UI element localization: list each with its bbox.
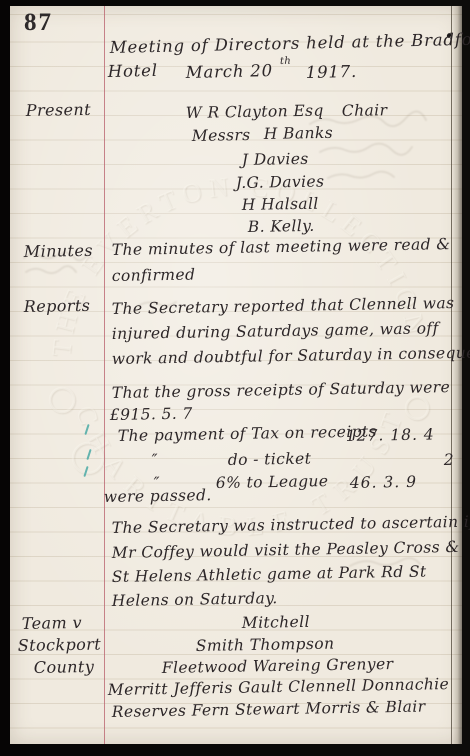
page-number: 87 [24,9,53,37]
audit-tick-mark [83,466,88,477]
ditto-mark: ″ [152,451,159,469]
team-row-forwards: Merritt Jefferis Gault Clennell Donnachi… [108,675,450,699]
scanned-minute-book-page: THE EVERTON COLLECTION CHARITABLE TRUST [0,0,470,756]
payment-line-tax: The payment of Tax on receipts [118,422,377,445]
present-name: J Davies [242,150,309,169]
instruction-text-line: The Secretary was instructed to ascertai… [112,513,470,537]
team-row-reserves: Reserves Fern Stewart Morris & Blair [112,698,426,721]
margin-label-team: County [34,657,95,677]
present-name: B. Kelly. [248,217,315,236]
present-chair-name: W R Clayton Esq [186,102,324,122]
audit-tick-mark [84,424,89,435]
instruction-text-line: Mr Coffey would visit the Peasley Cross … [112,538,460,562]
receipts-total: £915. 5. 7 [110,405,193,424]
margin-rule-line [104,6,105,744]
watermark-emboss-circle [406,397,428,419]
payment-amount-tax: 127. 18. 4 [346,425,435,445]
payment-line-league: 6% to League [216,472,329,492]
page-edge [451,6,462,744]
minutes-text-line: The minutes of last meeting were read & [112,235,451,259]
payment-amount-ticket: 2 [444,451,455,469]
team-row-goalkeeper: Mitchell [242,613,310,632]
reports-text-line: The Secretary reported that Clennell was [112,294,455,318]
margin-label-team: Team v [22,613,82,633]
present-name: H Halsall [242,195,319,214]
payment-amount-league: 46. 3. 9 [350,473,417,492]
audit-tick-mark [86,449,91,460]
heading-date-ordinal: th [280,56,291,67]
present-name: J.G. Davies [236,172,325,192]
team-row-halfbacks: Fleetwood Wareing Grenyer [162,655,394,677]
payment-line-ticket: do - ticket [228,450,312,469]
margin-label-team: Stockport [18,635,102,655]
minutes-text-line: confirmed [112,266,196,285]
heading-year: 1917. [306,62,358,82]
instruction-text-line: St Helens Athletic game at Park Rd St [112,563,427,586]
present-name: H Banks [264,124,334,143]
watermark-emboss-circle [50,388,74,412]
margin-label-reports: Reports [24,296,91,316]
margin-label-minutes: Minutes [24,241,93,261]
present-messrs-prefix: Messrs [192,126,251,145]
present-chair-role: Chair [342,101,388,120]
margin-label-present: Present [26,100,91,120]
heading-line-1: Meeting of Directors held at the Bradfor… [110,29,470,57]
reports-text-line: injured during Saturdays game, was off [112,319,439,343]
receipts-footer: were passed. [104,486,212,506]
receipts-text-line: That the gross receipts of Saturday were [112,378,451,402]
heading-date: March 20 [186,61,274,82]
instruction-text-line: Helens on Saturday. [112,589,278,610]
paper: THE EVERTON COLLECTION CHARITABLE TRUST [10,6,462,744]
reports-text-line: work and doubtful for Saturday in conseq… [112,343,470,368]
team-row-backs: Smith Thompson [196,635,335,655]
heading-hotel: Hotel [108,61,158,81]
